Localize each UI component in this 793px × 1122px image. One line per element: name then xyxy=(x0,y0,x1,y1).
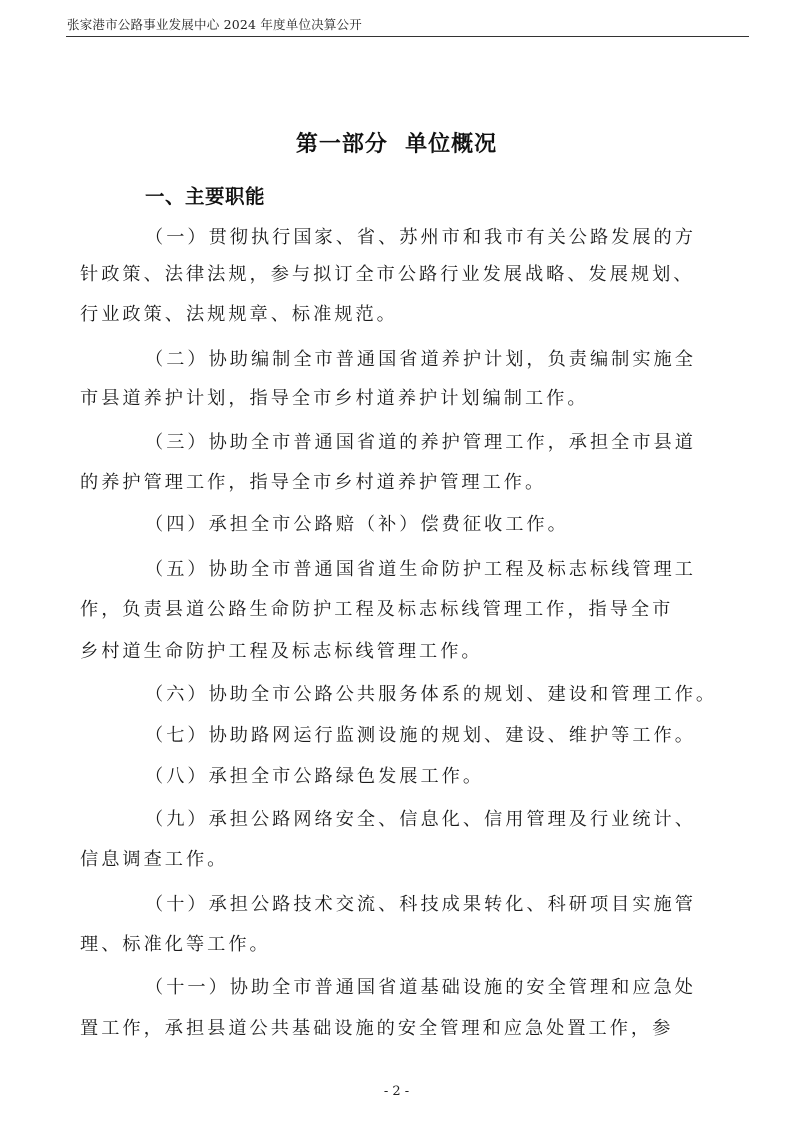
paragraph-line: 作，负责县道公路生命防护工程及标志标线管理工作，指导全市 xyxy=(80,595,673,621)
running-title: 张家港市公路事业发展中心 2024 年度单位决算公开 xyxy=(67,15,362,33)
paragraph-line: （二）协助编制全市普通国省道养护计划，负责编制实施全 xyxy=(145,345,696,371)
paragraph-line: （九）承担公路网络安全、信息化、信用管理及行业统计、 xyxy=(145,805,696,831)
paragraph-line: 针政策、法律法规，参与拟订全市公路行业发展战略、发展规划、 xyxy=(80,260,694,286)
paragraph-line: （六）协助全市公路公共服务体系的规划、建设和管理工作。 xyxy=(145,680,717,706)
paragraph-line: 乡村道生命防护工程及标志标线管理工作。 xyxy=(80,637,483,663)
paragraph-line: 的养护管理工作，指导全市乡村道养护管理工作。 xyxy=(80,468,546,494)
page-number: - 2 - xyxy=(0,1084,793,1099)
paragraph-line: （四）承担全市公路赔（补）偿费征收工作。 xyxy=(145,510,569,536)
section-heading: 一、主要职能 xyxy=(145,181,265,209)
paragraph-line: 信息调查工作。 xyxy=(80,845,228,871)
paragraph-line: 市县道养护计划，指导全市乡村道养护计划编制工作。 xyxy=(80,384,589,410)
paragraph-line: 置工作，承担县道公共基础设施的安全管理和应急处置工作，参 xyxy=(80,1014,673,1040)
page-header: 张家港市公路事业发展中心 2024 年度单位决算公开 xyxy=(66,14,749,37)
page-title: 第一部分 单位概况 xyxy=(0,127,793,158)
paragraph-line: （三）协助全市普通国省道的养护管理工作，承担全市县道 xyxy=(145,428,696,454)
paragraph-line: （七）协助路网运行监测设施的规划、建设、维护等工作。 xyxy=(145,721,696,747)
paragraph-line: 理、标准化等工作。 xyxy=(80,930,271,956)
paragraph-line: （八）承担全市公路绿色发展工作。 xyxy=(145,762,484,788)
paragraph-line: （十）承担公路技术交流、科技成果转化、科研项目实施管 xyxy=(145,890,696,916)
paragraph-line: 行业政策、法规规章、标准规范。 xyxy=(80,300,398,326)
paragraph-line: （五）协助全市普通国省道生命防护工程及标志标线管理工 xyxy=(145,555,696,581)
paragraph-line: （十一）协助全市普通国省道基础设施的安全管理和应急处 xyxy=(145,973,696,999)
paragraph-line: （一）贯彻执行国家、省、苏州市和我市有关公路发展的方 xyxy=(145,223,696,249)
